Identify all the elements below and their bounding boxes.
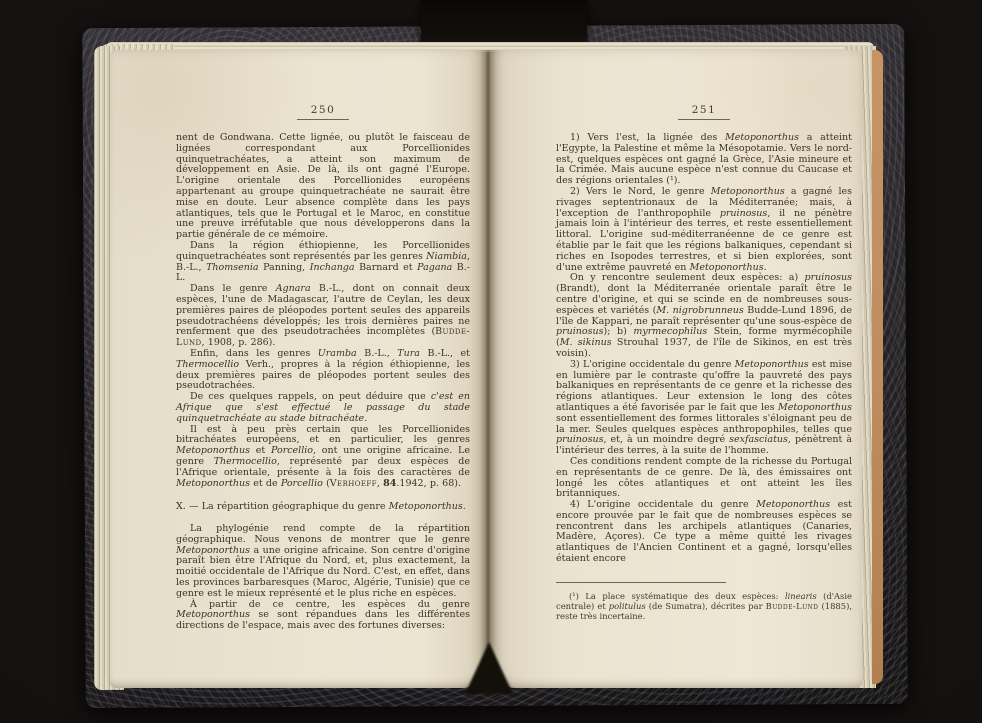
text-paragraph: La phylogénie rend compte de la répartit… — [176, 524, 470, 600]
left-page-text: 250 nent de Gondwana. Cette lignée, ou p… — [176, 104, 470, 632]
right-page-text: 251 1) Vers l'est, la lignée des Metopon… — [556, 104, 852, 621]
text-paragraph: Il est à peu près certain que les Porcel… — [176, 425, 470, 490]
page-number-rule — [297, 119, 349, 120]
left-page-body: nent de Gondwana. Cette lignée, ou plutô… — [176, 133, 470, 632]
text-paragraph: 3) L'origine occidentale du genre Metopo… — [556, 360, 852, 457]
text-paragraph: 1) Vers l'est, la lignée des Metoponorth… — [556, 133, 852, 187]
page-number: 250 — [176, 104, 470, 116]
text-paragraph: Dans le genre Agnara B.-L., dont on conn… — [176, 284, 470, 349]
text-paragraph: 4) L'origine occidentale du genre Metopo… — [556, 500, 852, 565]
text-paragraph: Ces conditions rendent compte de la rich… — [556, 457, 852, 500]
text-paragraph: 2) Vers le Nord, le genre Metoponorthus … — [556, 187, 852, 273]
section-heading: X. — La répartition géographique du genr… — [176, 502, 470, 513]
fore-edge — [872, 50, 883, 684]
text-paragraph: Dans la région éthiopienne, les Porcelli… — [176, 241, 470, 284]
text-paragraph: On y rencontre seulement deux espèces: a… — [556, 273, 852, 359]
gutter-bottom-shadow — [465, 642, 513, 694]
page-number: 251 — [556, 104, 852, 116]
footnote: (¹) La place systématique des deux espèc… — [556, 591, 852, 621]
text-paragraph: nent de Gondwana. Cette lignée, ou plutô… — [176, 133, 470, 241]
footnote-rule — [556, 582, 726, 583]
book-photo: 250 nent de Gondwana. Cette lignée, ou p… — [0, 0, 982, 723]
text-paragraph: Enfin, dans les genres Uramba B.-L., Tur… — [176, 349, 470, 392]
text-paragraph: À partir de ce centre, les espèces du ge… — [176, 600, 470, 632]
text-paragraph: De ces quelques rappels, on peut déduire… — [176, 392, 470, 424]
right-page-body: 1) Vers l'est, la lignée des Metoponorth… — [556, 133, 852, 565]
page-number-rule — [678, 119, 730, 120]
